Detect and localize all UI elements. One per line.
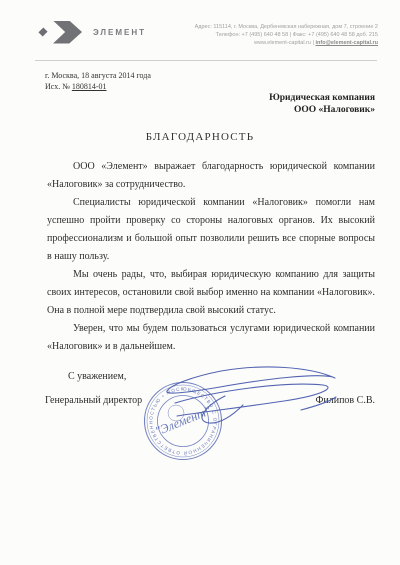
paragraph: ООО «Элемент» выражает благодарность юри… <box>47 158 375 194</box>
paragraph: Специалисты юридической компании «Налого… <box>47 194 375 266</box>
letterhead: ЭЛЕМЕНТ Адрес: 115114, г. Москва, Дербен… <box>0 0 400 48</box>
website-text: www.element-capital.ru <box>254 40 311 46</box>
handwritten-signature <box>163 362 341 434</box>
ref-prefix: Исх. № <box>45 82 72 91</box>
letter-page: ЭЛЕМЕНТ Адрес: 115114, г. Москва, Дербен… <box>0 0 400 565</box>
recipient-block: Юридическая компания ООО «Налоговик» <box>0 93 375 116</box>
recipient-line1: Юридическая компания <box>0 93 375 105</box>
separator-text: | <box>313 40 314 46</box>
company-logo: ЭЛЕМЕНТ <box>40 21 146 44</box>
paragraph: Уверен, что мы будем пользоваться услуга… <box>47 320 375 356</box>
web-email-line: www.element-capital.ru | info@element-ca… <box>195 39 378 47</box>
letter-meta: г. Москва, 18 августа 2014 года Исх. № 1… <box>45 70 400 92</box>
logo-text: ЭЛЕМЕНТ <box>93 28 146 37</box>
email-text: info@element-capital.ru <box>315 40 378 46</box>
phone-fax-line: Телефон: +7 (495) 640 48 58 | Факс: +7 (… <box>195 31 378 39</box>
logo-chevron-icon <box>53 21 82 44</box>
signer-position: Генеральный директор <box>45 395 142 406</box>
logo-diamond-icon <box>38 27 47 36</box>
paragraph: Мы очень рады, что, выбирая юридическую … <box>47 266 375 320</box>
letter-body: ООО «Элемент» выражает благодарность юри… <box>47 158 375 356</box>
ref-number: 180814-01 <box>72 82 107 91</box>
company-contact-block: Адрес: 115114, г. Москва, Дербеневская н… <box>195 17 378 47</box>
city-date: г. Москва, 18 августа 2014 года <box>45 70 400 81</box>
recipient-line2: ООО «Налоговик» <box>0 105 375 117</box>
outgoing-ref: Исх. № 180814-01 <box>45 81 400 92</box>
header-divider <box>35 60 377 61</box>
letter-title: БЛАГОДАРНОСТЬ <box>0 131 400 143</box>
address-line: Адрес: 115114, г. Москва, Дербеневская н… <box>195 23 378 31</box>
